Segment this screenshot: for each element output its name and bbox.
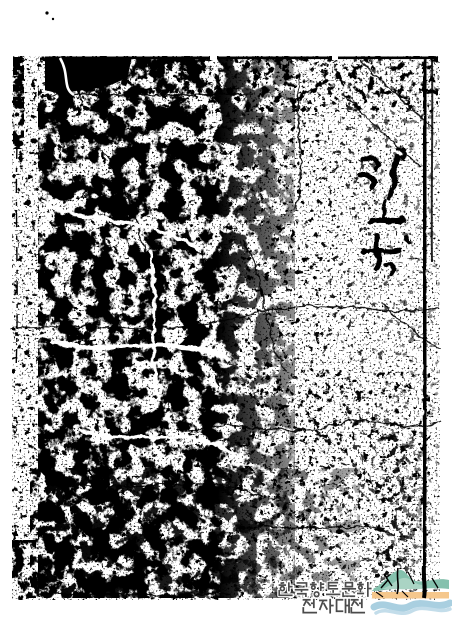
cover-texture — [12, 56, 440, 600]
left-spine-bar — [13, 57, 24, 149]
margin-speck — [45, 11, 48, 14]
logo-wave — [374, 603, 450, 608]
left-bottom-blob — [12, 540, 36, 598]
logo-wave-highlight — [376, 608, 450, 613]
logo-band — [372, 592, 449, 599]
scan-image — [0, 0, 452, 640]
watermark-text-line2 — [303, 599, 365, 614]
scanned-book-cover-page: 한국향토문화 전자대전 — [0, 0, 452, 640]
margin-speck — [52, 18, 54, 20]
right-border — [424, 59, 426, 598]
